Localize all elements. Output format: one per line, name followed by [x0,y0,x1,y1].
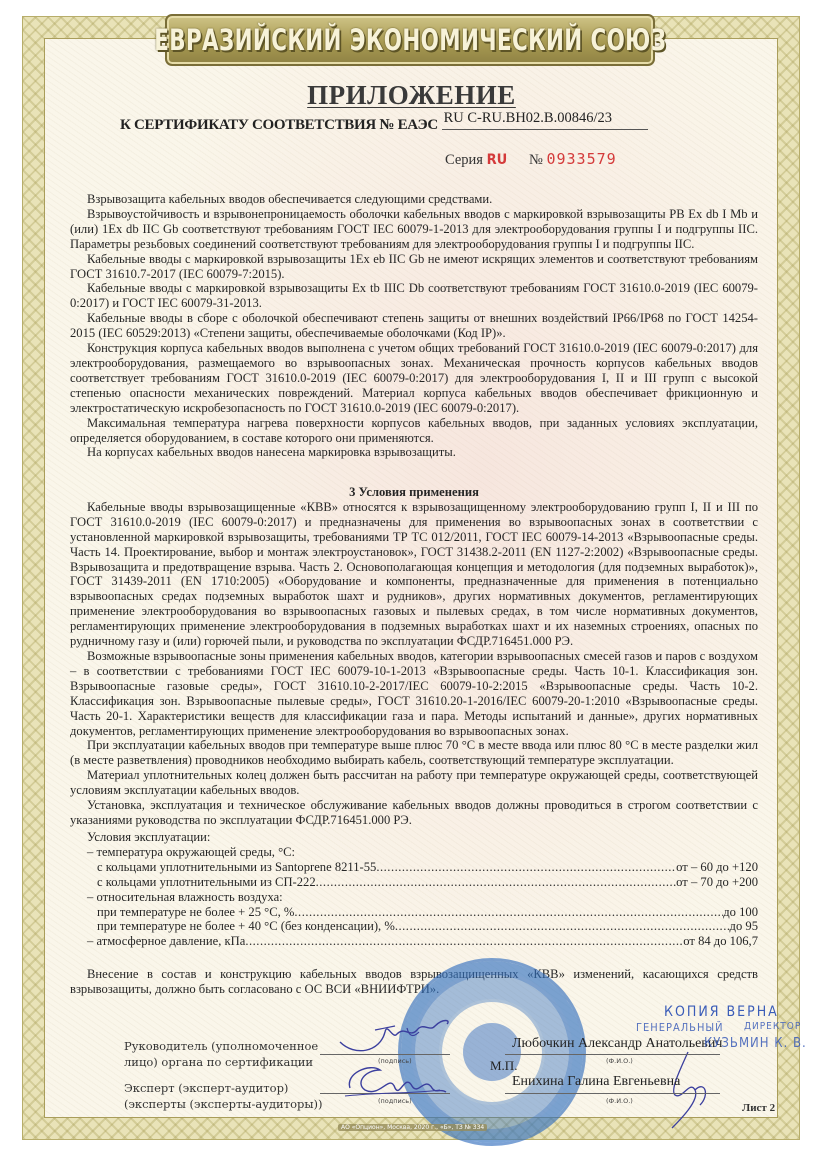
conditions-of-use-section: 3 Условия применения Кабельные вводы взр… [70,485,758,828]
paragraph: Кабельные вводы с маркировкой взрывозащи… [70,252,758,282]
condition-row: при температуре не более + 25 °С, % до 1… [70,905,758,920]
number-label: № [529,152,543,168]
condition-value: от 84 до 106,7 [683,934,758,949]
paragraph: Внесение в состав и конструкцию кабельны… [70,967,758,997]
humidity-heading: – относительная влажность воздуха: [70,890,758,905]
label-line: (эксперты (эксперты-аудиторы)) [124,1096,323,1112]
condition-row: с кольцами уплотнительными из СП-222 от … [70,875,758,890]
leader-dots [245,934,683,949]
condition-label: при температуре не более + 25 °С, % [97,905,294,920]
section-heading: 3 Условия применения [70,485,758,500]
printer-imprint: АО «Опцион», Москва, 2020 г., «Б», ТЗ № … [338,1124,487,1131]
paragraph: Кабельные вводы с маркировкой взрывозащи… [70,281,758,311]
condition-value: от – 60 до +120 [676,860,758,875]
paragraph: На корпусах кабельных вводов нанесена ма… [70,445,758,460]
certificate-label: К СЕРТИФИКАТУ СООТВЕТСТВИЯ № ЕАЭС [120,117,438,133]
name-line [505,1054,720,1055]
head-signatory-label: Руководитель (уполномоченное лицо) орган… [124,1038,318,1070]
paragraph: Возможные взрывоопасные зоны применения … [70,649,758,738]
copy-verified-stamp: КОПИЯ ВЕРНА [664,1004,779,1020]
certificate-number: RU C-RU.BH02.B.00846/23 [442,110,648,130]
copy-stamp-title: ГЕНЕРАЛЬНЫЙ [636,1021,724,1034]
explosion-protection-section: Взрывозащита кабельных вводов обеспечива… [70,192,758,460]
paragraph: Взрывоустойчивость и взрывонепроницаемос… [70,207,758,252]
leader-dots [294,905,723,920]
sheet-number: Лист 2 [742,1102,775,1114]
page-title: ПРИЛОЖЕНИЕ [0,80,823,111]
condition-label: при температуре не более + 40 °С (без ко… [97,919,395,934]
series-label: Серия [445,152,483,168]
closing-section: Внесение в состав и конструкцию кабельны… [70,967,758,997]
paragraph: Материал уплотнительных колец должен быт… [70,768,758,798]
fio-caption: (Ф.И.О.) [606,1057,633,1065]
label-line: лицо) органа по сертификации [124,1054,318,1070]
paragraph: Максимальная температура нагрева поверхн… [70,416,758,446]
conditions-heading: Условия эксплуатации: [70,830,758,845]
leader-dots [376,860,676,875]
label-line: Руководитель (уполномоченное [124,1038,318,1054]
paragraph: Кабельные вводы в сборе с оболочкой обес… [70,311,758,341]
paragraph: Конструкция корпуса кабельных вводов вып… [70,341,758,416]
operating-conditions: Условия эксплуатации: – температура окру… [70,830,758,949]
paragraph: Установка, эксплуатация и техническое об… [70,798,758,828]
condition-value: до 95 [730,919,758,934]
copy-stamp-name: КУЗЬМИН К. В. [704,1036,807,1051]
series-line: Серия RU № 0933579 [445,150,617,169]
banner-text: ЕВРАЗИЙСКИЙ ЭКОНОМИЧЕСКИЙ СОЮЗ [154,23,666,57]
copy-stamp-title: ДИРЕКТОР [744,1021,801,1032]
paragraph: При эксплуатации кабельных вводов при те… [70,738,758,768]
condition-row: при температуре не более + 40 °С (без ко… [70,919,758,934]
name-line [505,1093,720,1094]
paragraph: Кабельные вводы взрывозащищенные «КВВ» о… [70,500,758,649]
director-handwritten-signature [650,1050,720,1130]
form-number: 0933579 [546,150,616,168]
head-handwritten-signature [335,1012,455,1057]
expert-full-name: Енихина Галина Евгеньевна [512,1074,680,1090]
condition-label: с кольцами уплотнительными из Santoprene… [97,860,376,875]
certificate-reference: К СЕРТИФИКАТУ СООТВЕТСТВИЯ № ЕАЭС RU C-R… [120,117,648,137]
condition-row: – атмосферное давление, кПа от 84 до 106… [70,934,758,949]
union-banner: ЕВРАЗИЙСКИЙ ЭКОНОМИЧЕСКИЙ СОЮЗ [165,14,655,66]
fio-caption: (Ф.И.О.) [606,1097,633,1105]
condition-label: с кольцами уплотнительными из СП-222 [97,875,316,890]
seal-place-mark: М.П. [490,1058,517,1074]
leader-dots [316,875,677,890]
label-line: Эксперт (эксперт-аудитор) [124,1080,323,1096]
head-full-name: Любочкин Александр Анатольевич [512,1036,722,1052]
expert-signatory-label: Эксперт (эксперт-аудитор) (эксперты (экс… [124,1080,323,1112]
condition-value: до 100 [723,905,758,920]
leader-dots [395,919,730,934]
expert-handwritten-signature [340,1058,450,1103]
condition-row: с кольцами уплотнительными из Santoprene… [70,860,758,875]
condition-value: от – 70 до +200 [676,875,758,890]
paragraph: Взрывозащита кабельных вводов обеспечива… [70,192,758,207]
temperature-heading: – температура окружающей среды, °С: [70,845,758,860]
series-value: RU [487,152,508,168]
condition-label: – атмосферное давление, кПа [87,934,245,949]
